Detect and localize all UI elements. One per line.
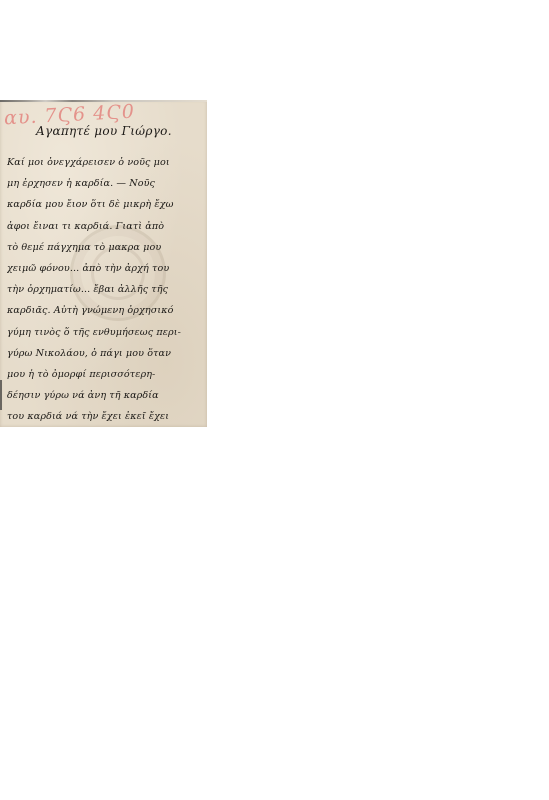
letter-line: τὸ θεμέ πάγχημα τὸ μακρα μου <box>7 237 205 258</box>
letter-line: δέησιν γύρω νά ἀνη τῆ καρδία <box>7 385 205 406</box>
letter-line: μη ἐρχησεν ἡ καρδία. — Νοῦς <box>7 173 205 194</box>
letter-line: γύρω Νικολάου, ὁ πάγι μου ὅταν <box>7 343 205 364</box>
scan-left-edge <box>0 380 2 410</box>
letter-line: καρδία μου ἔιον ὅτι δὲ μικρὴ ἔχω <box>7 194 205 215</box>
letter-sheet: αυ. 7Ϛ6 4Ϛ0 Αγαπητέ μου Γιώργο. Καί μοι … <box>0 100 207 427</box>
letter-body: Καί μοι ὀνεγχάρεισεν ὁ νοῦς μοι μη ἐρχησ… <box>7 152 205 427</box>
letter-line: χειμῶ φόνου... ἀπὸ τὴν ἀρχή του <box>7 258 205 279</box>
page-canvas: αυ. 7Ϛ6 4Ϛ0 Αγαπητέ μου Γιώργο. Καί μοι … <box>0 0 549 800</box>
letter-line: Καί μοι ὀνεγχάρεισεν ὁ νοῦς μοι <box>7 152 205 173</box>
letter-line: καρδιᾶς. Αὐτὴ γνώμενη ὀρχησικό <box>7 300 205 321</box>
letter-line: γύμη τινὸς ὅ τῆς ενθυμήσεως περι- <box>7 322 205 343</box>
letter-line: μου ἡ τὸ ὀμορφί περισσότερη- <box>7 364 205 385</box>
letter-salutation: Αγαπητέ μου Γιώργο. <box>36 124 172 138</box>
letter-line: τὴν ὀρχηματίω... ἔβαι ἀλλῆς τῆς <box>7 279 205 300</box>
letter-line: του καρδιά νά τὴν ἔχει ἐκεῖ ἔχει <box>7 406 205 427</box>
letter-line: ἀφοι ἔιναι τι καρδιά. Γιατὶ ἀπὸ <box>7 216 205 237</box>
